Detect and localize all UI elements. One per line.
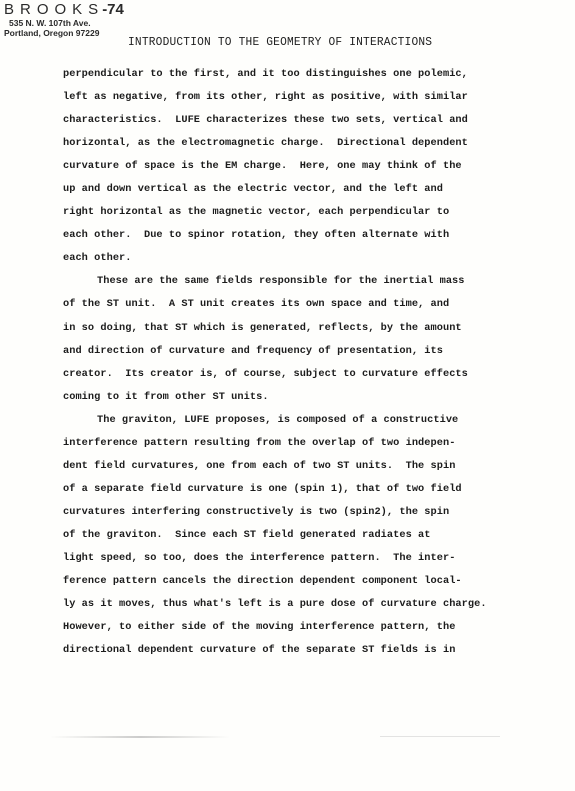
- text-line: curvature of space is the EM charge. Her…: [63, 155, 563, 178]
- handwritten-note: -74: [102, 1, 124, 18]
- text-line: of the ST unit. A ST unit creates its ow…: [63, 293, 563, 316]
- document-title: INTRODUCTION TO THE GEOMETRY OF INTERACT…: [128, 36, 432, 49]
- text-line: in so doing, that ST which is generated,…: [63, 317, 563, 340]
- address-line-2: Portland, Oregon 97229: [4, 28, 124, 38]
- text-line: coming to it from other ST units.: [63, 386, 563, 409]
- text-line: interference pattern resulting from the …: [63, 432, 563, 455]
- text-line: The graviton, LUFE proposes, is composed…: [63, 409, 563, 432]
- text-line: dent field curvatures, one from each of …: [63, 455, 563, 478]
- text-line: up and down vertical as the electric vec…: [63, 178, 563, 201]
- text-line: curvatures interfering constructively is…: [63, 501, 563, 524]
- text-line: However, to either side of the moving in…: [63, 616, 563, 639]
- letterhead-name: BROOKS: [4, 1, 104, 18]
- scan-smudge: [50, 736, 230, 738]
- text-line: each other.: [63, 247, 563, 270]
- text-line: each other. Due to spinor rotation, they…: [63, 224, 563, 247]
- document-body: perpendicular to the first, and it too d…: [63, 63, 563, 662]
- text-line: of the graviton. Since each ST field gen…: [63, 524, 563, 547]
- text-line: horizontal, as the electromagnetic charg…: [63, 132, 563, 155]
- text-line: of a separate field curvature is one (sp…: [63, 478, 563, 501]
- text-line: ly as it moves, thus what's left is a pu…: [63, 593, 563, 616]
- text-line: and direction of curvature and frequency…: [63, 340, 563, 363]
- text-line: creator. Its creator is, of course, subj…: [63, 363, 563, 386]
- scan-smudge: [380, 736, 500, 737]
- text-line: These are the same fields responsible fo…: [63, 270, 563, 293]
- letterhead-name-line: BROOKS-74: [4, 2, 124, 18]
- text-line: directional dependent curvature of the s…: [63, 639, 563, 662]
- text-line: characteristics. LUFE characterizes thes…: [63, 109, 563, 132]
- text-line: left as negative, from its other, right …: [63, 86, 563, 109]
- text-line: right horizontal as the magnetic vector,…: [63, 201, 563, 224]
- text-line: ference pattern cancels the direction de…: [63, 570, 563, 593]
- address-line-1: 535 N. W. 107th Ave.: [4, 18, 124, 28]
- text-line: light speed, so too, does the interferen…: [63, 547, 563, 570]
- text-line: perpendicular to the first, and it too d…: [63, 63, 563, 86]
- document-page: BROOKS-74 535 N. W. 107th Ave. Portland,…: [0, 0, 575, 791]
- letterhead: BROOKS-74 535 N. W. 107th Ave. Portland,…: [4, 2, 124, 38]
